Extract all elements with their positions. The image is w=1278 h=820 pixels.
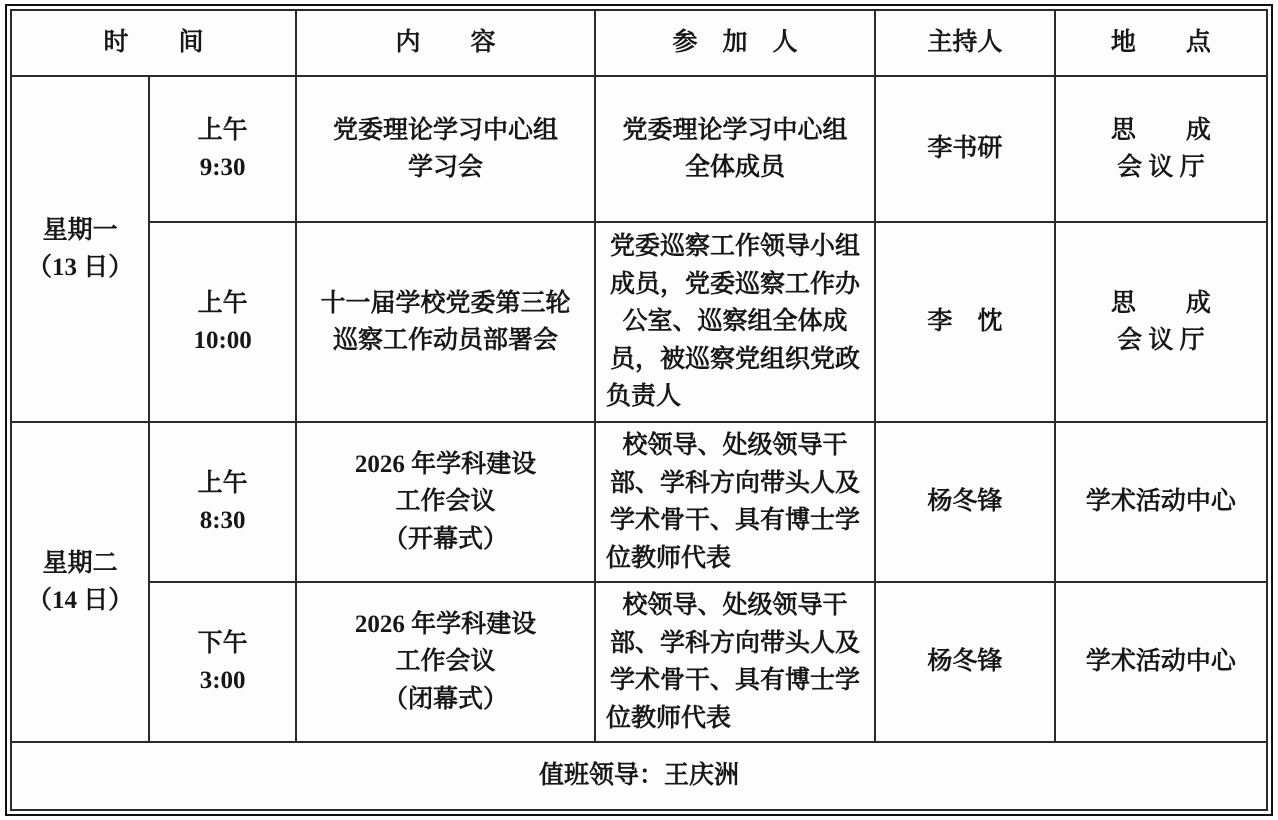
table-outer-frame: 时 间 内 容 参 加 人 主持人 地 点 星期一 （13 日） 上午 9:30… [5, 4, 1273, 816]
host-cell: 李 忱 [875, 222, 1055, 422]
header-cell-content: 内 容 [296, 10, 595, 76]
time-period: 下午 [160, 625, 285, 663]
time-period: 上午 [160, 285, 285, 323]
host-cell: 李书研 [875, 76, 1055, 222]
content-line: 工作会议 [307, 483, 584, 521]
location-cell: 思 成 会 议 厅 [1055, 76, 1267, 222]
schedule-table: 时 间 内 容 参 加 人 主持人 地 点 星期一 （13 日） 上午 9:30… [10, 9, 1268, 811]
footer-row: 值班领导：王庆洲 [11, 742, 1267, 810]
time-cell: 上午 8:30 [149, 422, 296, 582]
participants-cell: 党委理论学习中心组 全体成员 [595, 76, 875, 222]
content-cell: 党委理论学习中心组 学习会 [296, 76, 595, 222]
location-line: 思 成 [1066, 285, 1256, 323]
header-row: 时 间 内 容 参 加 人 主持人 地 点 [11, 10, 1267, 76]
content-line: 十一届学校党委第三轮 [307, 285, 584, 323]
content-cell: 2026 年学科建设 工作会议 （开幕式） [296, 422, 595, 582]
participants-line: 党委理论学习中心组 [606, 112, 864, 150]
day-label: 星期一 [22, 212, 138, 250]
participants-cell: 校领导、处级领导干部、学科方向带头人及学术骨干、具有博士学位教师代表 [595, 582, 875, 742]
time-period: 上午 [160, 465, 285, 503]
content-line: 党委理论学习中心组 [307, 112, 584, 150]
time-cell: 上午 9:30 [149, 76, 296, 222]
location-cell: 学术活动中心 [1055, 422, 1267, 582]
content-line: 2026 年学科建设 [307, 446, 584, 484]
time-value: 3:00 [160, 662, 285, 700]
location-cell: 学术活动中心 [1055, 582, 1267, 742]
day-cell-tuesday: 星期二 （14 日） [11, 422, 149, 742]
day-cell-monday: 星期一 （13 日） [11, 76, 149, 422]
content-cell: 十一届学校党委第三轮 巡察工作动员部署会 [296, 222, 595, 422]
header-cell-time: 时 间 [11, 10, 296, 76]
row-tuesday-1500: 下午 3:00 2026 年学科建设 工作会议 （闭幕式） 校领导、处级领导干部… [11, 582, 1267, 742]
scanned-schedule-page: 时 间 内 容 参 加 人 主持人 地 点 星期一 （13 日） 上午 9:30… [0, 0, 1278, 820]
content-line: （闭幕式） [307, 681, 584, 719]
time-value: 9:30 [160, 149, 285, 187]
header-cell-location: 地 点 [1055, 10, 1267, 76]
time-cell: 上午 10:00 [149, 222, 296, 422]
location-line: 会 议 厅 [1066, 322, 1256, 360]
content-line: 2026 年学科建设 [307, 606, 584, 644]
location-line: 会 议 厅 [1066, 149, 1256, 187]
content-line: （开幕式） [307, 521, 584, 559]
content-cell: 2026 年学科建设 工作会议 （闭幕式） [296, 582, 595, 742]
participants-line: 全体成员 [606, 149, 864, 187]
footer-duty-leader: 值班领导：王庆洲 [11, 742, 1267, 810]
time-cell: 下午 3:00 [149, 582, 296, 742]
content-line: 学习会 [307, 149, 584, 187]
row-monday-1000: 上午 10:00 十一届学校党委第三轮 巡察工作动员部署会 党委巡察工作领导小组… [11, 222, 1267, 422]
content-line: 巡察工作动员部署会 [307, 322, 584, 360]
time-value: 8:30 [160, 502, 285, 540]
row-tuesday-0830: 星期二 （14 日） 上午 8:30 2026 年学科建设 工作会议 （开幕式）… [11, 422, 1267, 582]
day-label: 星期二 [22, 545, 138, 583]
participants-cell: 校领导、处级领导干部、学科方向带头人及学术骨干、具有博士学位教师代表 [595, 422, 875, 582]
header-cell-participants: 参 加 人 [595, 10, 875, 76]
time-period: 上午 [160, 112, 285, 150]
content-line: 工作会议 [307, 643, 584, 681]
host-cell: 杨冬锋 [875, 582, 1055, 742]
location-line: 思 成 [1066, 112, 1256, 150]
row-monday-0930: 星期一 （13 日） 上午 9:30 党委理论学习中心组 学习会 党委理论学习中… [11, 76, 1267, 222]
day-date: （13 日） [22, 249, 138, 287]
location-cell: 思 成 会 议 厅 [1055, 222, 1267, 422]
host-cell: 杨冬锋 [875, 422, 1055, 582]
time-value: 10:00 [160, 322, 285, 360]
participants-cell: 党委巡察工作领导小组成员，党委巡察工作办公室、巡察组全体成员，被巡察党组织党政负… [595, 222, 875, 422]
day-date: （14 日） [22, 582, 138, 620]
header-cell-host: 主持人 [875, 10, 1055, 76]
